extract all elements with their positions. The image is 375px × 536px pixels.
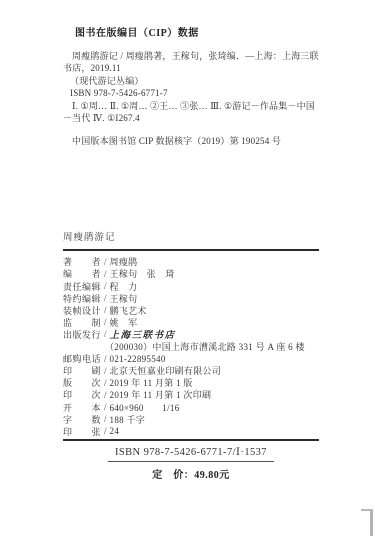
colophon-rows: 著 者 / 周瘦鹃 编 者 / 王稼句 张 琦 责任编辑 / 程 力 特约编辑 … (63, 256, 319, 437)
cip-series-line: （现代游记丛编） (63, 75, 319, 87)
row-label: 印 张 (63, 425, 101, 438)
page-content: 图书在版编目（CIP）数据 周瘦鹃游记 / 周瘦鹃著，王稼句，张琦编．—上海：上… (63, 28, 319, 481)
row-separator: / (104, 269, 107, 279)
cip-block: 图书在版编目（CIP）数据 周瘦鹃游记 / 周瘦鹃著，王稼句，张琦编．—上海：上… (63, 28, 319, 148)
row-separator: / (104, 293, 107, 303)
book-title: 周瘦鹃游记 (63, 232, 319, 244)
cip-classification-line: Ⅰ. ①周… Ⅱ. ①周… ②王… ③张… Ⅲ. ①游记－作品集－中国－当代 Ⅳ… (63, 100, 319, 125)
row-label: 印 刷 (63, 364, 101, 377)
row-separator: / (104, 378, 107, 388)
row-separator: / (104, 257, 107, 267)
row-value: 2019 年 11 月第 1 版 (110, 376, 193, 389)
footer-isbn: ISBN 978-7-5426-6771-7/Ⅰ·1537 (108, 447, 274, 462)
scan-corner-artifact (361, 509, 373, 536)
row-label: 开 本 (63, 401, 101, 414)
publisher-address: （200030）中国上海市漕溪北路 331 号 A 座 6 楼 (105, 340, 305, 353)
cip-record-line: 中国版本图书馆 CIP 数据核字（2019）第 190254 号 (63, 135, 319, 147)
colophon-row-printer: 印 刷 / 北京天恒嘉业印刷有限公司 (63, 365, 319, 377)
row-separator: / (104, 305, 107, 315)
divider-bottom (63, 439, 319, 441)
row-value: 2019 年 11 月第 1 次印刷 (110, 388, 212, 401)
book-copyright-page: 图书在版编目（CIP）数据 周瘦鹃游记 / 周瘦鹃著，王稼句，张琦编．—上海：上… (0, 0, 375, 536)
colophon-block: 周瘦鹃游记 著 者 / 周瘦鹃 编 者 / 王稼句 张 琦 责任编辑 / 程 力 (63, 232, 319, 441)
row-label: 著 者 (63, 255, 101, 268)
row-separator: / (104, 329, 107, 339)
row-label: 责任编辑 (63, 280, 101, 293)
row-value: 王稼句 张 琦 (110, 267, 175, 280)
row-separator: / (104, 317, 107, 327)
colophon-row-responsible-editor: 责任编辑 / 程 力 (63, 280, 319, 292)
colophon-row-sheets: 印 张 / 24 (63, 425, 319, 437)
row-value: 640×960 1/16 (110, 401, 180, 414)
row-value: 鹏飞艺术 (110, 304, 147, 317)
colophon-row-printing: 印 次 / 2019 年 11 月第 1 次印刷 (63, 389, 319, 401)
colophon-row-word-count: 字 数 / 188 千字 (63, 413, 319, 425)
divider-top (63, 249, 319, 251)
row-value: 北京天恒嘉业印刷有限公司 (110, 364, 222, 377)
colophon-row-editor: 编 者 / 王稼句 张 琦 (63, 268, 319, 280)
row-label: 邮购电话 (63, 352, 101, 365)
colophon-row-publisher: 出版发行 / 上海三联书店 (63, 328, 319, 340)
colophon-row-format: 开 本 / 640×960 1/16 (63, 401, 319, 413)
footer-block: ISBN 978-7-5426-6771-7/Ⅰ·1537 定 价：49.80元 (63, 447, 319, 481)
row-separator: / (104, 281, 107, 291)
row-separator: / (104, 426, 107, 436)
row-separator: / (104, 402, 107, 412)
row-label: 监 制 (63, 316, 101, 329)
row-separator: / (104, 366, 107, 376)
row-label: 特约编辑 (63, 292, 101, 305)
footer-price: 定 价：49.80元 (152, 466, 230, 481)
row-label: 出版发行 (63, 328, 101, 341)
row-separator: / (104, 414, 107, 424)
colophon-row-supervisor: 监 制 / 姚 军 (63, 316, 319, 328)
cip-heading: 图书在版编目（CIP）数据 (63, 28, 319, 40)
row-value: 188 千字 (110, 413, 146, 426)
colophon-row-edition: 版 次 / 2019 年 11 月第 1 版 (63, 377, 319, 389)
row-value: 程 力 (110, 280, 138, 293)
row-value: 24 (110, 426, 120, 436)
colophon-row-phone: 邮购电话 / 021-22895540 (63, 353, 319, 365)
cip-entry-line: 周瘦鹃游记 / 周瘦鹃著，王稼句，张琦编．—上海：上海三联书店，2019.11 (63, 50, 319, 75)
row-label: 印 次 (63, 388, 101, 401)
row-label: 编 者 (63, 267, 101, 280)
cip-isbn-line: ISBN 978-7-5426-6771-7 (63, 87, 319, 99)
colophon-row-design: 装帧设计 / 鹏飞艺术 (63, 304, 319, 316)
row-separator: / (104, 390, 107, 400)
colophon-row-author: 著 者 / 周瘦鹃 (63, 256, 319, 268)
row-label: 字 数 (63, 413, 101, 426)
row-label: 版 次 (63, 376, 101, 389)
colophon-row-publisher-address: （200030）中国上海市漕溪北路 331 号 A 座 6 楼 (63, 341, 319, 353)
row-separator: / (104, 354, 107, 364)
row-value: 021-22895540 (110, 354, 166, 364)
row-value: 周瘦鹃 (110, 255, 138, 268)
row-value: 王稼句 (110, 292, 138, 305)
colophon-row-special-editor: 特约编辑 / 王稼句 (63, 292, 319, 304)
row-label: 装帧设计 (63, 304, 101, 317)
